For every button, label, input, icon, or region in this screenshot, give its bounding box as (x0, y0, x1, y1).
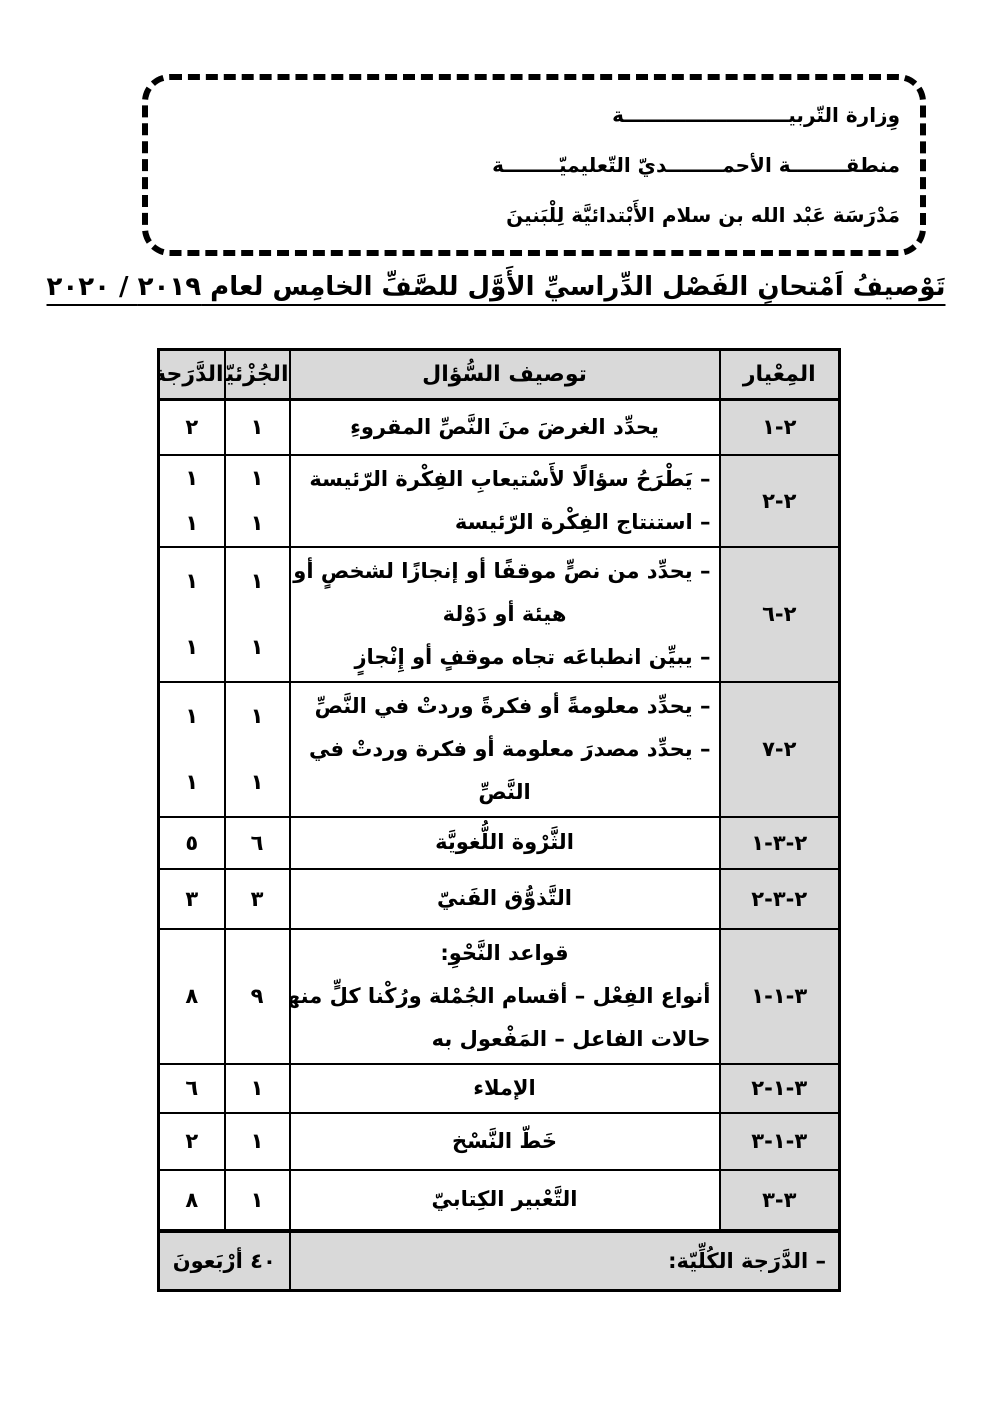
question-line: النَّصِّ (299, 771, 711, 814)
part-cell: ٦ (225, 817, 290, 869)
grade-value: ١ (185, 704, 198, 728)
part-cell: ١ (225, 1113, 290, 1170)
question-cell: الإملاء (290, 1064, 720, 1113)
question-line: الإملاء (299, 1067, 711, 1110)
question-line: أنواع الفِعْل – أقسام الجُمْلة ورُكْنا ك… (299, 975, 711, 1018)
question-cell: قواعد النَّحْوِ: أنواع الفِعْل – أقسام ا… (290, 929, 720, 1064)
column-header-grade: الدَّرَجة (159, 350, 225, 400)
table-row: ٢-٢ – يَطْرَحُ سؤالًا لأَسْتيعابِ الفِكْ… (159, 455, 840, 547)
question-line: – يحدِّد معلومةً أو فكرةً وردتْ في النَّ… (299, 685, 711, 728)
letterhead-box: وِزارة التّربيــــــــــــــــــــــــة … (142, 74, 926, 256)
part-value: ١ (251, 511, 264, 535)
ministry-line: وِزارة التّربيــــــــــــــــــــــــة (168, 101, 900, 129)
grade-cell: ١ ١ (159, 455, 225, 547)
exam-spec-table: المِعْيار توصيف السُّؤال الجُزْئيّة الدَ… (157, 348, 841, 1292)
table-row: ٢-١ يحدِّد الغرضَ منَ النَّصِّ المقروءِ … (159, 400, 840, 455)
question-line: يحدِّد الغرضَ منَ النَّصِّ المقروءِ (299, 406, 711, 449)
question-line: التَّذوُّق الفَنيّ (299, 877, 711, 920)
grade-cell: ٥ (159, 817, 225, 869)
grade-value: ١ (185, 569, 198, 593)
part-cell: ١ (225, 1170, 290, 1231)
part-value: ١ (251, 569, 264, 593)
table-row: ٢-٧ – يحدِّد معلومةً أو فكرةً وردتْ في ا… (159, 682, 840, 817)
question-line: – استنتاج الفِكْرة الرّئيسة (299, 501, 711, 544)
grade-cell: ٦ (159, 1064, 225, 1113)
grade-value: ١ (185, 770, 198, 794)
total-value: ٤٠ أرْبَعونَ (173, 1249, 276, 1273)
grade-cell: ٨ (159, 929, 225, 1064)
total-label-cell: – الدَّرَجة الكُلِّيّة: (290, 1231, 840, 1291)
part-cell: ١ ١ (225, 547, 290, 682)
question-cell: يحدِّد الغرضَ منَ النَّصِّ المقروءِ (290, 400, 720, 455)
table-row: ٣-١-٣ خَطّ النَّسْخ ١ ٢ (159, 1113, 840, 1170)
question-line: – يبيِّن انطباعَه تجاه موقفٍ أو إِنْجازٍ (299, 636, 711, 679)
question-cell: خَطّ النَّسْخ (290, 1113, 720, 1170)
table-row: ٢-٦ – يحدِّد من نصٍّ موقفًا أو إنجازًا ل… (159, 547, 840, 682)
table-row: ٣-١-١ قواعد النَّحْوِ: أنواع الفِعْل – أ… (159, 929, 840, 1064)
criterion-cell: ٢-٦ (720, 547, 840, 682)
question-line: حالات الفاعل – المَفْعول به (299, 1018, 711, 1061)
question-line: – يَطْرَحُ سؤالًا لأَسْتيعابِ الفِكْرة ا… (299, 458, 711, 501)
question-cell: التَّعْبير الكِتابيّ (290, 1170, 720, 1231)
criterion-cell: ٢-٣-٢ (720, 869, 840, 929)
table-row: ٢-٣-٢ التَّذوُّق الفَنيّ ٣ ٣ (159, 869, 840, 929)
criterion-cell: ٣-١-١ (720, 929, 840, 1064)
column-header-criterion: المِعْيار (720, 350, 840, 400)
grade-cell: ١ ١ (159, 547, 225, 682)
question-line: التَّعْبير الكِتابيّ (299, 1178, 711, 1221)
part-cell: ١ ١ (225, 682, 290, 817)
grade-cell: ٢ (159, 400, 225, 455)
grade-value: ١ (185, 511, 198, 535)
school-line: مَدْرَسَة عَبْد الله بن سلام الأَبْتدائي… (168, 201, 900, 229)
grade-cell: ٢ (159, 1113, 225, 1170)
question-cell: الثَّرْوة اللُّغويَّة (290, 817, 720, 869)
question-line: – يحدِّد مصدرَ معلومة أو فكرة وردتْ في (299, 728, 711, 771)
question-cell: – يحدِّد معلومةً أو فكرةً وردتْ في النَّ… (290, 682, 720, 817)
question-line: هيئة أو دَوْلة (299, 593, 711, 636)
part-value: ١ (251, 770, 264, 794)
document-page: وِزارة التّربيــــــــــــــــــــــــة … (0, 0, 992, 1403)
question-cell: – يَطْرَحُ سؤالًا لأَسْتيعابِ الفِكْرة ا… (290, 455, 720, 547)
part-value: ١ (251, 635, 264, 659)
table-row: ٢-٣-١ الثَّرْوة اللُّغويَّة ٦ ٥ (159, 817, 840, 869)
total-row: – الدَّرَجة الكُلِّيّة: ٤٠ أرْبَعونَ (159, 1231, 840, 1291)
part-value: ١ (251, 704, 264, 728)
part-cell: ٣ (225, 869, 290, 929)
question-line: الثَّرْوة اللُّغويَّة (299, 821, 711, 864)
grade-cell: ٨ (159, 1170, 225, 1231)
criterion-cell: ٢-٢ (720, 455, 840, 547)
question-line: – يحدِّد من نصٍّ موقفًا أو إنجازًا لشخصٍ… (299, 550, 711, 593)
criterion-cell: ٢-١ (720, 400, 840, 455)
column-header-part: الجُزْئيّة (225, 350, 290, 400)
criterion-cell: ٣-١-٢ (720, 1064, 840, 1113)
table-row: ٣-٣ التَّعْبير الكِتابيّ ١ ٨ (159, 1170, 840, 1231)
question-cell: التَّذوُّق الفَنيّ (290, 869, 720, 929)
total-value-cell: ٤٠ أرْبَعونَ (159, 1231, 290, 1291)
question-line: قواعد النَّحْوِ: (299, 932, 711, 975)
grade-cell: ١ ١ (159, 682, 225, 817)
question-line: خَطّ النَّسْخ (299, 1120, 711, 1163)
criterion-cell: ٣-١-٣ (720, 1113, 840, 1170)
column-header-question: توصيف السُّؤال (290, 350, 720, 400)
page-title: تَوْصيفُ اَمْتحانِ الفَصْل الدِّراسيِّ ا… (0, 272, 992, 302)
criterion-cell: ٢-٧ (720, 682, 840, 817)
part-cell: ٩ (225, 929, 290, 1064)
part-cell: ١ (225, 400, 290, 455)
table-row: ٣-١-٢ الإملاء ١ ٦ (159, 1064, 840, 1113)
grade-value: ١ (185, 635, 198, 659)
criterion-cell: ٢-٣-١ (720, 817, 840, 869)
part-value: ١ (251, 466, 264, 490)
grade-value: ١ (185, 466, 198, 490)
part-cell: ١ ١ (225, 455, 290, 547)
district-line: منطقــــــــة الأحمــــــــديّ التّعليمي… (168, 151, 900, 179)
criterion-cell: ٣-٣ (720, 1170, 840, 1231)
grade-cell: ٣ (159, 869, 225, 929)
part-cell: ١ (225, 1064, 290, 1113)
table-header-row: المِعْيار توصيف السُّؤال الجُزْئيّة الدَ… (159, 350, 840, 400)
question-cell: – يحدِّد من نصٍّ موقفًا أو إنجازًا لشخصٍ… (290, 547, 720, 682)
